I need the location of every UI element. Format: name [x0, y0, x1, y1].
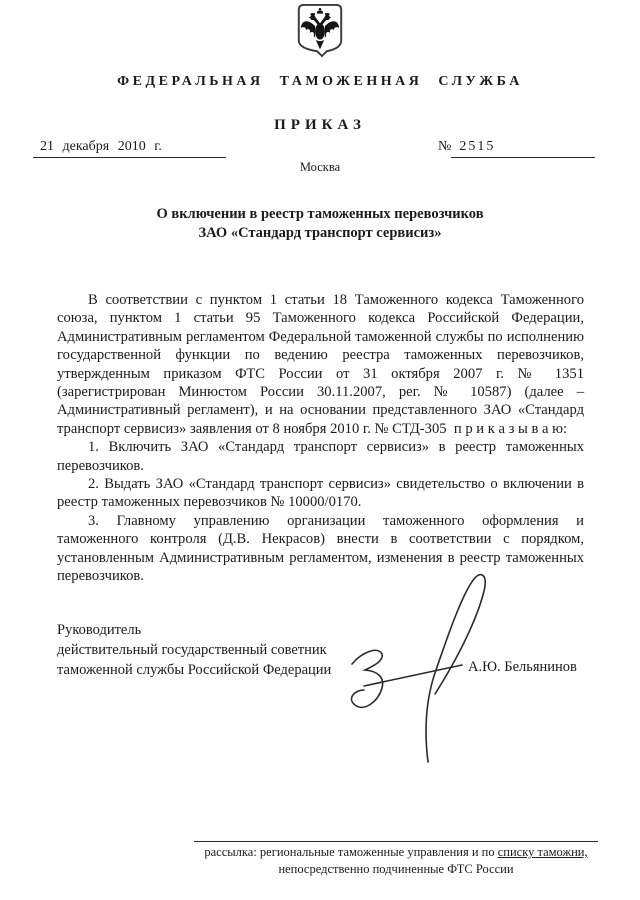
- document-type-title: ПРИКАЗ: [0, 117, 640, 134]
- city-label: Москва: [0, 160, 640, 175]
- distribution-note-line1: рассылка: региональные таможенные управл…: [194, 844, 598, 860]
- preamble-paragraph: В соответствии с пунктом 1 статьи 18 Там…: [57, 291, 584, 438]
- order-word: п р и к а з ы в а ю:: [454, 421, 567, 437]
- coat-of-arms-eagle-icon: [297, 4, 343, 58]
- agency-name: ФЕДЕРАЛЬНАЯ ТАМОЖЕННАЯ СЛУЖБА: [0, 74, 640, 90]
- footer-divider: [194, 841, 598, 842]
- number-label: №: [438, 139, 451, 154]
- order-body: В соответствии с пунктом 1 статьи 18 Там…: [57, 291, 584, 586]
- subject-title-line2: ЗАО «Стандард транспорт сервисиз»: [0, 224, 640, 243]
- subject-title-line1: О включении в реестр таможенных перевозч…: [0, 205, 640, 224]
- signatory-position-line3: таможенной службы Российской Федерации: [57, 660, 331, 680]
- subject-title: О включении в реестр таможенных перевозч…: [0, 205, 640, 242]
- order-item-3: 3. Главному управлению организации тамож…: [57, 512, 584, 586]
- scanned-order-document: { "header": { "emblem_icon": "russia-coa…: [0, 0, 640, 900]
- date-field: 21 декабря 2010 г.: [33, 139, 226, 158]
- signatory-position-line1: Руководитель: [57, 620, 331, 640]
- doc-number-value: 2515: [451, 139, 595, 158]
- signatory-name: А.Ю. Бельянинов: [468, 659, 577, 676]
- signatory-position-line2: действительный государственный советник: [57, 640, 331, 660]
- signatory-position: Руководитель действительный государствен…: [57, 620, 331, 680]
- double-headed-eagle-icon: [301, 8, 340, 49]
- distribution-note-line2: непосредственно подчиненные ФТС России: [194, 861, 598, 877]
- order-item-1: 1. Включить ЗАО «Стандард транспорт серв…: [57, 438, 584, 475]
- order-item-2: 2. Выдать ЗАО «Стандард транспорт сервис…: [57, 475, 584, 512]
- doc-number-field: №2515: [438, 139, 595, 158]
- distribution-list-underlined: списку таможни,: [498, 845, 588, 859]
